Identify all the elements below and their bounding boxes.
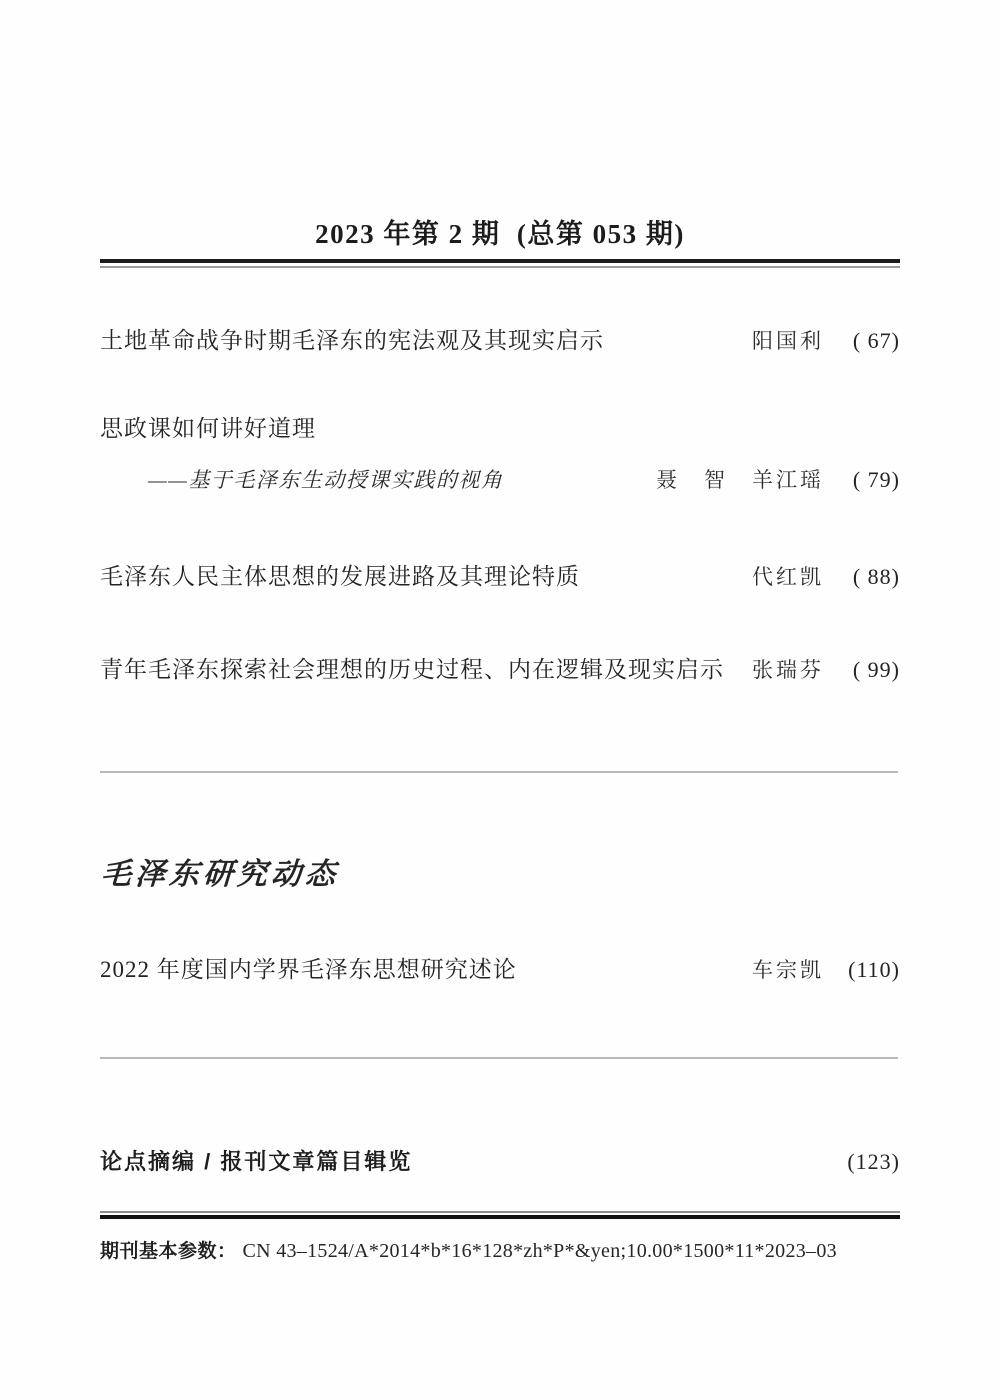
footer-double-rule	[100, 1211, 900, 1219]
article-title: 土地革命战争时期毛泽东的宪法观及其现实启示	[100, 322, 604, 355]
article-page-number: ( 88)	[834, 564, 900, 590]
article-subtitle: ——基于毛泽东生动授课实践的视角	[100, 464, 503, 494]
article-author-page-group: 阳国利 ( 67)	[752, 325, 900, 355]
article-authors: 阳国利	[752, 325, 824, 355]
toc-entry-row: 青年毛泽东探索社会理想的历史过程、内在逻辑及现实启示 张瑞芬 ( 99)	[100, 651, 900, 684]
article-page-number: (110)	[834, 957, 900, 983]
article-authors: 张瑞芬	[752, 654, 824, 684]
journal-parameters-value: CN 43–1524/A*2014*b*16*128*zh*P*&yen;10.…	[243, 1240, 837, 1263]
toc-entry-subtitle-row: ——基于毛泽东生动授课实践的视角 聂 智 羊江瑶 ( 79)	[100, 464, 900, 494]
header-double-rule	[100, 259, 900, 268]
digest-page-number: (123)	[834, 1149, 900, 1175]
digest-title: 论点摘编 / 报刊文章篇目辑览	[100, 1145, 412, 1176]
article-authors: 代红凯	[752, 561, 824, 591]
article-page-number: ( 79)	[834, 467, 900, 493]
digest-row: 论点摘编 / 报刊文章篇目辑览 (123)	[100, 1145, 900, 1176]
article-author-page-group: 聂 智 羊江瑶 ( 79)	[656, 464, 900, 494]
toc-entry-row: 毛泽东人民主体思想的发展进路及其理论特质 代红凯 ( 88)	[100, 558, 900, 591]
journal-toc-page: 2023 年第 2 期 (总第 053 期) 土地革命战争时期毛泽东的宪法观及其…	[0, 0, 1000, 1400]
section-divider	[100, 771, 898, 773]
journal-parameters-line: 期刊基本参数： CN 43–1524/A*2014*b*16*128*zh*P*…	[100, 1236, 900, 1263]
footer-rule-thin-line	[100, 1211, 900, 1213]
article-title: 青年毛泽东探索社会理想的历史过程、内在逻辑及现实启示	[100, 651, 724, 684]
section-divider	[100, 1057, 898, 1059]
header-rule-thick-line	[100, 259, 900, 263]
article-page-number: ( 99)	[834, 657, 900, 683]
article-authors: 车宗凯	[752, 954, 824, 984]
article-author-page-group: 张瑞芬 ( 99)	[752, 654, 900, 684]
toc-entry-row: 2022 年度国内学界毛泽东思想研究述论 车宗凯 (110)	[100, 951, 900, 984]
toc-entry-row: 思政课如何讲好道理	[100, 410, 900, 443]
article-authors: 聂 智 羊江瑶	[656, 464, 824, 494]
header-rule-thin-line	[100, 266, 900, 268]
article-author-page-group: 代红凯 ( 88)	[752, 561, 900, 591]
article-title: 2022 年度国内学界毛泽东思想研究述论	[100, 951, 517, 984]
toc-entry-row: 土地革命战争时期毛泽东的宪法观及其现实启示 阳国利 ( 67)	[100, 322, 900, 355]
journal-parameters-label: 期刊基本参数：	[100, 1236, 237, 1263]
section-heading: 毛泽东研究动态	[100, 849, 340, 893]
article-author-page-group: 车宗凯 (110)	[752, 954, 900, 984]
article-title: 思政课如何讲好道理	[100, 410, 316, 443]
footer-rule-thick-line	[100, 1215, 900, 1219]
article-title: 毛泽东人民主体思想的发展进路及其理论特质	[100, 558, 580, 591]
article-page-number: ( 67)	[834, 328, 900, 354]
issue-title: 2023 年第 2 期 (总第 053 期)	[100, 212, 900, 251]
